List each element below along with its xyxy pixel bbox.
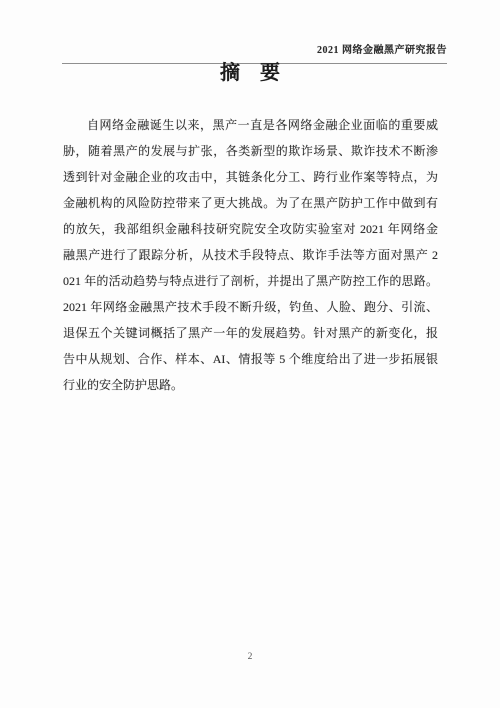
abstract-line: 胁，随着黑产的发展与扩张，各类新型的欺诈场景、欺诈技术不断渗: [63, 138, 438, 164]
abstract-line: 2021 年网络金融黑产技术手段不断升级，钓鱼、人脸、跑分、引流、: [63, 294, 438, 320]
document-page: 2021 网络金融黑产研究报告 摘 要 自网络金融诞生以来，黑产一直是各网络金融…: [0, 0, 500, 708]
abstract-line: 告中从规划、合作、样本、AI、情报等 5 个维度给出了进一步拓展银: [63, 346, 438, 372]
abstract-line: 金融机构的风险防控带来了更大挑战。为了在黑产防护工作中做到有: [63, 190, 438, 216]
page-number: 2: [0, 650, 500, 664]
abstract-line: 行业的安全防护思路。: [63, 372, 438, 398]
abstract-line: 021 年的活动趋势与特点进行了剖析，并提出了黑产防控工作的思路。: [63, 268, 438, 294]
abstract-line: 融黑产进行了跟踪分析，从技术手段特点、欺诈手法等方面对黑产 2: [63, 242, 438, 268]
abstract-line: 透到针对金融企业的攻击中，其链条化分工、跨行业作案等特点，为: [63, 164, 438, 190]
abstract-body: 自网络金融诞生以来，黑产一直是各网络金融企业面临的重要威胁，随着黑产的发展与扩张…: [63, 112, 438, 398]
header-title: 2021 网络金融黑产研究报告: [317, 45, 447, 56]
page-title: 摘 要: [0, 61, 500, 85]
abstract-line: 的放矢，我部组织金融科技研究院安全攻防实验室对 2021 年网络金: [63, 216, 438, 242]
abstract-line: 退保五个关键词概括了黑产一年的发展趋势。针对黑产的新变化，报: [63, 320, 438, 346]
abstract-line: 自网络金融诞生以来，黑产一直是各网络金融企业面临的重要威: [63, 112, 438, 138]
